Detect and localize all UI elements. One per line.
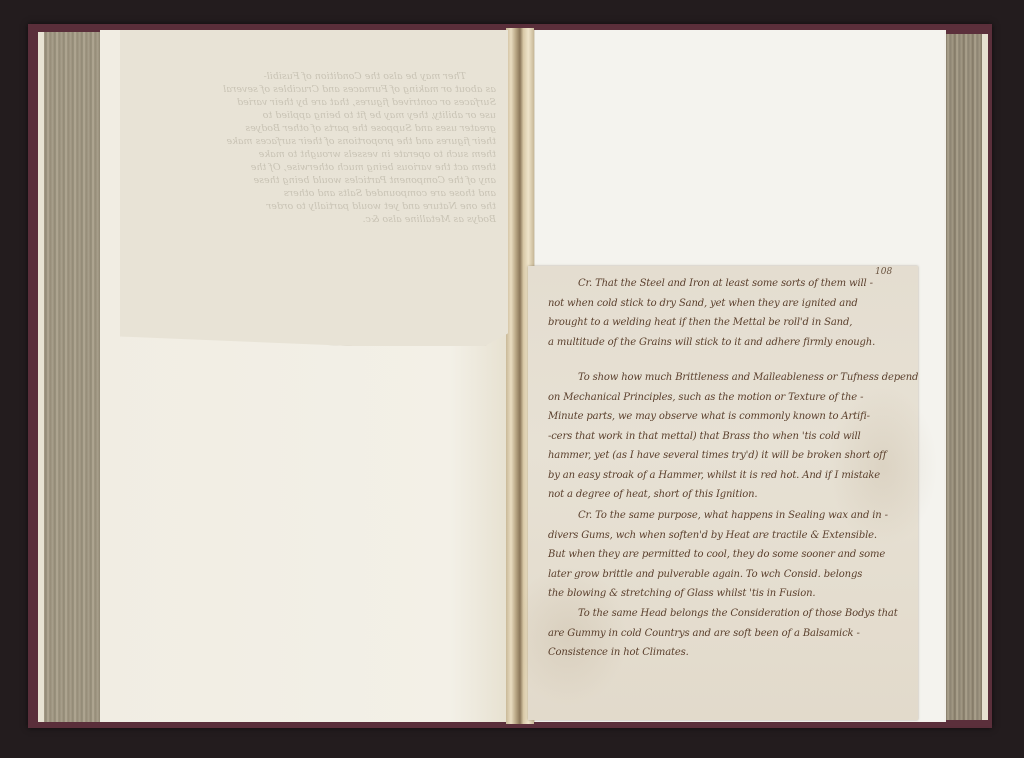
left-tipped-sheet: Ther may be also the Condition of Fusibi…: [120, 30, 508, 346]
text-line: -cers that work in that mettal) that Bra…: [548, 427, 914, 447]
text-line: Minute parts, we may observe what is com…: [548, 407, 914, 427]
bleed-line: as about or making of Furnaces and Cruci…: [136, 83, 496, 96]
text-line: To show how much Brittleness and Malleab…: [548, 368, 914, 388]
manuscript-sheet: 108 Cr. That the Steel and Iron at least…: [528, 266, 918, 720]
text-line: brought to a welding heat if then the Me…: [548, 313, 914, 333]
text-line: not a degree of heat, short of this Igni…: [548, 485, 914, 505]
text-line: divers Gums, wch when soften'd by Heat a…: [548, 526, 914, 546]
text-line: on Mechanical Principles, such as the mo…: [548, 388, 914, 408]
paragraph-brittleness: To show how much Brittleness and Malleab…: [548, 368, 914, 505]
book-photograph: Ther may be also the Condition of Fusibi…: [0, 0, 1024, 758]
bleed-line: use or ability, they may be fit to being…: [136, 109, 496, 122]
paragraph-steel-iron: Cr. That the Steel and Iron at least som…: [548, 274, 914, 352]
text-line: To the same Head belongs the Considerati…: [548, 604, 914, 624]
bleed-line: Ther may be also the Condition of Fusibi…: [136, 70, 496, 83]
bleed-line: them such to operate in vessels wrought …: [136, 148, 496, 161]
text-line: not when cold stick to dry Sand, yet whe…: [548, 294, 914, 314]
text-line: by an easy stroak of a Hammer, whilst it…: [548, 466, 914, 486]
bleed-line: and those are compounded Salts and other…: [136, 187, 496, 200]
left-page-stack-edge: [38, 32, 108, 722]
right-page-stack-edge: [944, 34, 988, 720]
text-line: Cr. To the same purpose, what happens in…: [548, 506, 914, 526]
bleed-line: Surfaces or contrived figures, that are …: [136, 96, 496, 109]
bleed-line: greater uses and Suppose the parts of ot…: [136, 122, 496, 135]
bleed-line: their figures and the proportions of the…: [136, 135, 496, 148]
bleed-line: any of the Component Particles would bei…: [136, 174, 496, 187]
text-line: the blowing & stretching of Glass whilst…: [548, 584, 914, 604]
paragraph-sealing-wax: Cr. To the same purpose, what happens in…: [548, 506, 914, 604]
paragraph-gummy-bodies: To the same Head belongs the Considerati…: [548, 604, 914, 663]
bleed-through-text: Ther may be also the Condition of Fusibi…: [136, 70, 496, 226]
bleed-line: them act the various being much otherwis…: [136, 161, 496, 174]
bleed-line: the one Nature and yet would partially t…: [136, 200, 496, 213]
text-line: hammer, yet (as I have several times try…: [548, 446, 914, 466]
text-line: But when they are permitted to cool, the…: [548, 545, 914, 565]
text-line: Cr. That the Steel and Iron at least som…: [548, 274, 914, 294]
bleed-line: Bodys as Metalline also &c.: [136, 213, 496, 226]
text-line: Consistence in hot Climates.: [548, 643, 914, 663]
text-line: a multitude of the Grains will stick to …: [548, 333, 914, 353]
text-line: later grow brittle and pulverable again.…: [548, 565, 914, 585]
text-line: are Gummy in cold Countrys and are soft …: [548, 624, 914, 644]
